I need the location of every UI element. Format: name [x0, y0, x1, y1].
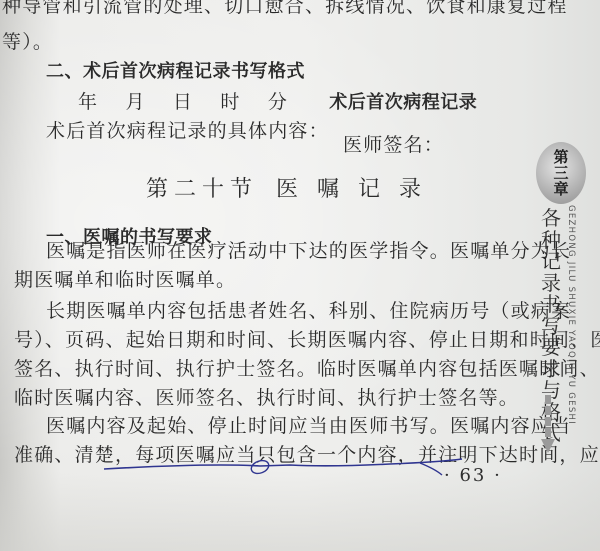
page-shadow — [0, 471, 600, 551]
side-title-char: 各 — [541, 208, 561, 230]
minute-field-label: 分 — [268, 90, 288, 114]
side-pinyin-label: GEZHONG JILU SHUXIE YAOQIU YU GESHI — [566, 205, 576, 425]
paragraph-line: 长期医嘱单内容包括患者姓名、科别、住院病历号（或病案 — [46, 299, 571, 323]
content-label: 术后首次病程记录的具体内容： — [46, 119, 329, 143]
section-heading-two: 二、术后首次病程记录书写格式 — [46, 60, 305, 84]
chapter-badge: 第 三 章 — [536, 142, 586, 204]
book-page: 种导管和引流管的处理、切口愈合、拆线情况、饮食和康复过程 等）。 二、术后首次病… — [0, 0, 600, 551]
section-title: 第二十节医 嘱 记 录 — [146, 172, 427, 203]
month-field-label: 月 — [125, 90, 145, 114]
paragraph-line: 号）、页码、起始日期和时间、长期医嘱内容、停止日期和时间、医师 — [14, 328, 600, 352]
side-title-char: 求 — [541, 359, 561, 381]
body-text-line: 种导管和引流管的处理、切口愈合、拆线情况、饮食和康复过程 — [2, 0, 568, 18]
chapter-badge-char: 三 — [553, 165, 568, 181]
side-title-char: 要 — [541, 337, 561, 359]
paragraph-line: 期医嘱单和临时医嘱单。 — [14, 268, 236, 292]
year-field-label: 年 — [78, 90, 98, 114]
paragraph-line: 医嘱是指医师在医疗活动中下达的医学指令。医嘱单分为长 — [46, 239, 571, 263]
paragraph-line: 临时医嘱内容、医师签名、执行时间、执行护士签名等。 — [14, 386, 519, 410]
signature-label: 医师签名： — [343, 133, 444, 157]
paragraph-line: 医嘱内容及起始、停止时间应当由医师书写。医嘱内容应当 — [46, 414, 571, 438]
body-text-line: 等）。 — [2, 30, 53, 54]
chapter-badge-char: 章 — [553, 181, 568, 197]
hour-field-label: 时 — [220, 90, 240, 114]
day-field-label: 日 — [173, 90, 193, 114]
side-title-char: 写 — [541, 316, 561, 338]
side-title-char: 记 — [541, 251, 561, 273]
section-number: 第二十节 — [146, 177, 258, 202]
side-title-char: 书 — [541, 294, 561, 316]
record-title: 术后首次病程记录 — [329, 91, 477, 115]
chapter-badge-char: 第 — [553, 149, 568, 165]
date-format-row: 年 月 日 时 分 术后首次病程记录 — [78, 90, 497, 115]
paragraph-line: 签名、执行时间、执行护士签名。临时医嘱单内容包括医嘱时间、 — [14, 357, 600, 381]
section-name: 医 嘱 记 录 — [276, 177, 427, 202]
side-title-char: 录 — [541, 273, 561, 295]
down-arrow-icon — [540, 395, 556, 455]
side-title-char: 种 — [541, 230, 561, 252]
